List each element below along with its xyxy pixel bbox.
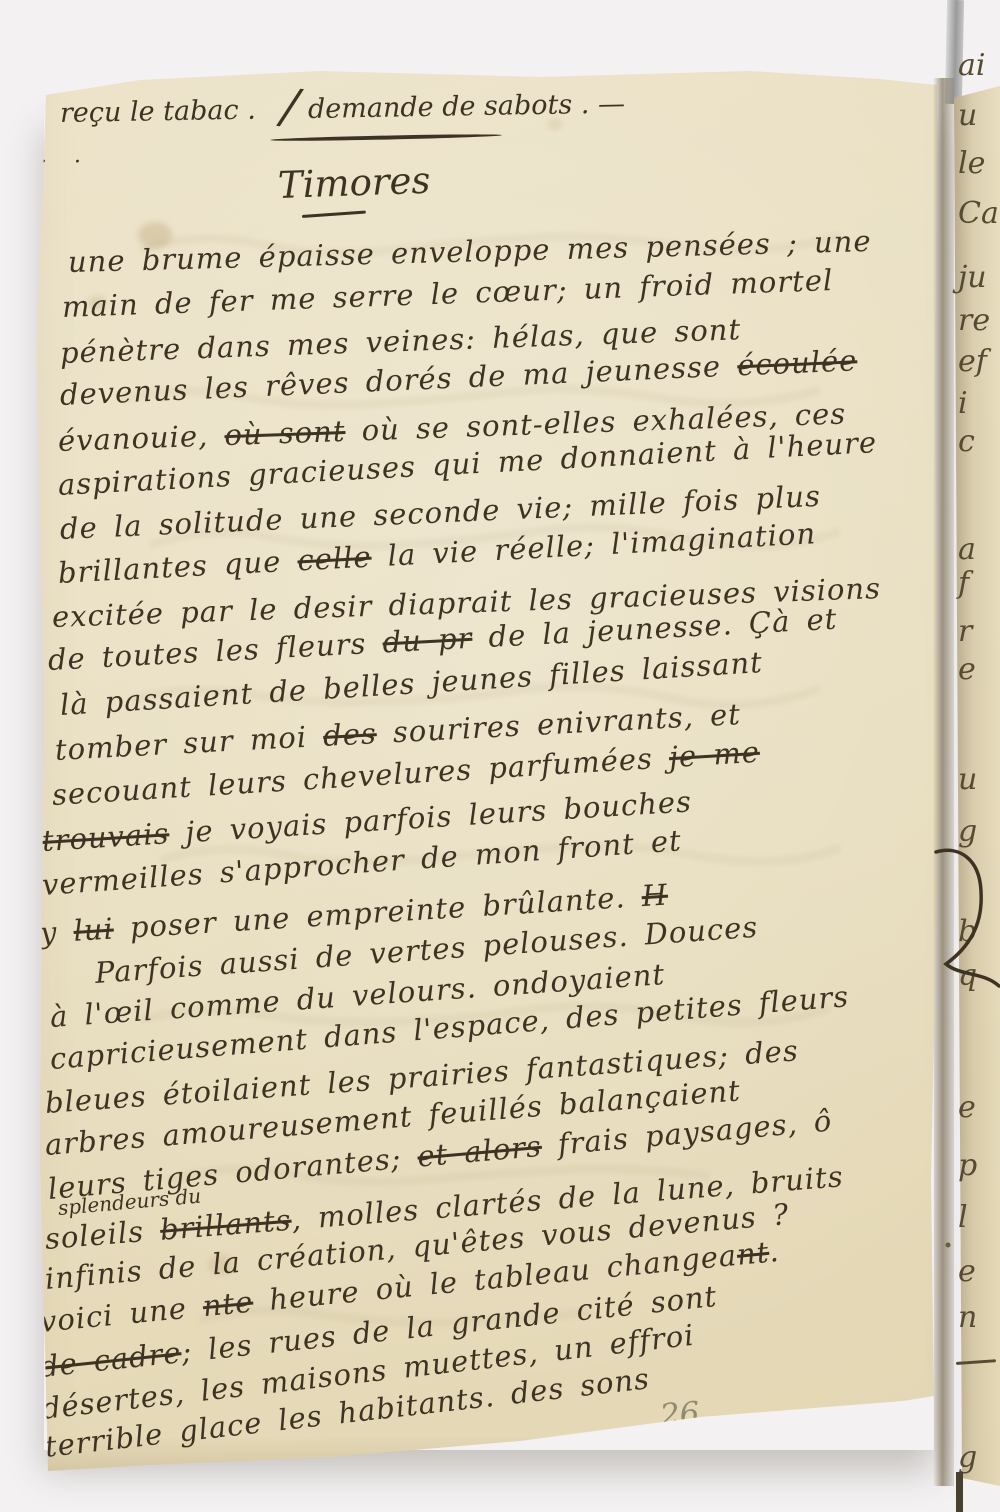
text-segment: y [39, 914, 75, 950]
facing-page-fragment: ju [958, 260, 987, 295]
struck-text: nt [735, 1235, 770, 1272]
facing-page-fragment: p [958, 1148, 977, 1183]
facing-page-fragment: b [958, 914, 977, 949]
book-gutter [933, 78, 954, 1486]
facing-page-fragment: Ca [958, 196, 999, 231]
facing-page-sliver: aiuleCajureeficafreugbqepleng [950, 0, 1000, 1512]
struck-text: celle [297, 540, 373, 578]
struck-text: lui [73, 912, 115, 948]
struck-text: du pr [382, 621, 474, 660]
struck-text: je me [668, 735, 761, 774]
text-segment: évanouie, [57, 418, 225, 458]
struck-text: nte [201, 1285, 255, 1324]
facing-page-fragment: i [958, 386, 968, 421]
struck-text: écoulée [736, 343, 858, 382]
facing-page-fragment: u [958, 98, 977, 133]
facing-page-fragment: c [958, 424, 975, 459]
facing-page-fragment: r [958, 614, 972, 649]
struck-text: des [322, 716, 377, 753]
margin-dots: · · [40, 150, 91, 175]
facing-page-fragment: re [958, 303, 990, 338]
facing-page-fragment: n [958, 1300, 977, 1335]
struck-text: H [641, 878, 669, 914]
struck-text: où sont [224, 414, 346, 452]
facing-page-fragment: e [958, 652, 976, 687]
book-edge-line [956, 1472, 963, 1512]
memo-left: reçu le tabac . [60, 95, 256, 129]
facing-page-fragment: g [958, 814, 977, 849]
facing-page-fragment: e [958, 1090, 976, 1125]
margin-dash: — [4, 577, 37, 615]
facing-page-fragment: ai [958, 48, 985, 83]
entry-title: Timores [277, 159, 431, 207]
facing-page-fragment: q [958, 958, 977, 993]
facing-page-fragment: a [958, 532, 976, 567]
facing-page-fragment: l [958, 1200, 968, 1235]
facing-page-fragment: g [958, 1440, 977, 1475]
memo-right: demande de sabots . — [308, 88, 625, 125]
facing-page-fragment: f [958, 566, 969, 601]
facing-page-fragment: e [958, 1254, 976, 1289]
facing-page-fragment: u [958, 762, 977, 797]
header-left-rule [82, 64, 184, 72]
header-right-rule [740, 53, 936, 62]
manuscript-photo: mardi 27 avril 1852 reçu le tabac . / de… [0, 0, 1000, 1512]
diary-page: mardi 27 avril 1852 reçu le tabac . / de… [0, 0, 1000, 1512]
facing-page-fragment: le [958, 146, 985, 181]
facing-page-fragment: ef [958, 344, 987, 379]
date-heading: mardi 27 avril 1852 [195, 20, 648, 85]
